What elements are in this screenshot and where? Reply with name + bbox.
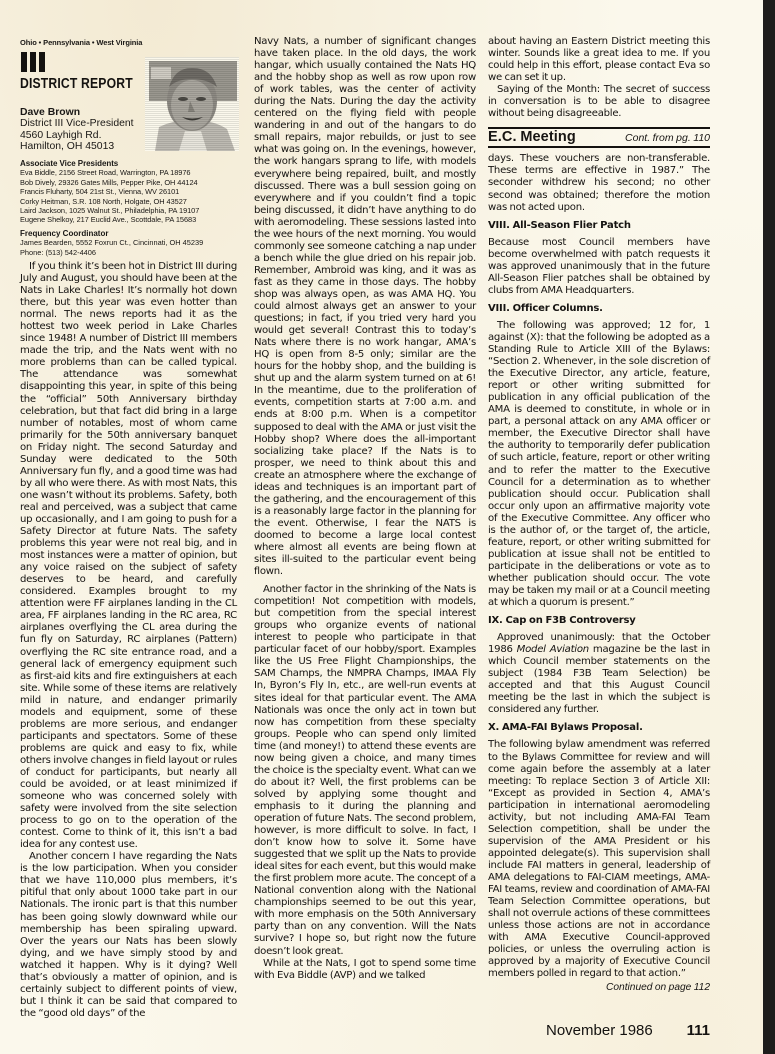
ec-intro: days. These vouchers are non-transferabl… [488, 153, 710, 213]
frequency-coordinator-phone: Phone: (513) 542-4406 [20, 248, 203, 257]
section-heading: X. AMA-FAI Bylaws Proposal. [488, 722, 710, 734]
frequency-coordinator-heading: Frequency Coordinator [20, 229, 203, 238]
magazine-title: Model Aviation [517, 644, 589, 655]
vice-president-contact: Dave Brown District III Vice-President 4… [20, 107, 134, 153]
article-paragraph-continued: about having an Eastern District meeting… [488, 36, 710, 84]
section-heading: VIII. All-Season Flier Patch [488, 220, 710, 232]
article-paragraph-continued: Navy Nats, a number of significant chang… [254, 36, 476, 578]
associate-vps-heading: Associate Vice Presidents [20, 159, 199, 168]
vp-address-line1: 4560 Layhigh Rd. [20, 130, 134, 141]
vp-portrait-photo [145, 57, 239, 151]
article-paragraph: Another concern I have regarding the Nat… [20, 851, 237, 1020]
section-body: Approved unanimously: that the October 1… [488, 632, 710, 716]
section-heading: VIII. Officer Columns. [488, 303, 710, 315]
section-body: Because most Council members have become… [488, 237, 710, 297]
column-1: If you think it’s been hot in District I… [20, 261, 237, 1020]
district-report-title: DISTRICT REPORT [20, 76, 133, 92]
page-number: 111 [687, 1022, 710, 1039]
portrait-image [145, 57, 239, 151]
vp-name: Dave Brown [20, 107, 134, 118]
vp-role: District III Vice-President [20, 118, 134, 129]
associate-vps: Associate Vice Presidents Eva Biddle, 21… [20, 159, 199, 225]
ec-meeting-title: E.C. Meeting [488, 131, 576, 143]
vp-address-line2: Hamilton, OH 45013 [20, 141, 134, 152]
magazine-page: Ohio • Pennsylvania • West Virginia DIST… [0, 0, 763, 1054]
associate-vp-entry: Corky Heitman, S.R. 108 North, Holgate, … [20, 197, 199, 206]
page-footer: November 1986 111 [546, 1022, 710, 1039]
section-body: The following was approved; 12 for, 1 ag… [488, 320, 710, 609]
region-tag: Ohio • Pennsylvania • West Virginia [20, 38, 142, 47]
associate-vp-entry: Eugene Shelkoy, 217 Euclid Ave., Scottda… [20, 215, 199, 224]
saying-of-the-month: Saying of the Month: The secret of succe… [488, 84, 710, 120]
ec-meeting-header: E.C. Meeting Cont. from pg. 110 [488, 127, 710, 148]
associate-vp-entry: Laird Jackson, 1025 Walnut St., Philadel… [20, 206, 199, 215]
column-2: Navy Nats, a number of significant chang… [254, 36, 476, 982]
numeral-bar [21, 52, 27, 72]
numeral-bar [39, 52, 45, 72]
article-paragraph: Another factor in the shrinking of the N… [254, 584, 476, 957]
column-3: about having an Eastern District meeting… [488, 36, 710, 994]
article-paragraph: If you think it’s been hot in District I… [20, 261, 237, 851]
district-numeral [21, 52, 45, 72]
numeral-bar [30, 52, 36, 72]
continued-on-link[interactable]: Continued on page 112 [488, 982, 710, 994]
associate-vp-entry: Bob Dively, 29326 Gates Mills, Pepper Pi… [20, 178, 199, 187]
associate-vp-entry: Francis Fluharty, 504 21st St., Vienna, … [20, 187, 199, 196]
article-paragraph: While at the Nats, I got to spend some t… [254, 958, 476, 982]
associate-vp-entry: Eva Biddle, 2156 Street Road, Warrington… [20, 168, 199, 177]
continued-from-link[interactable]: Cont. from pg. 110 [625, 132, 710, 144]
issue-date: November 1986 [546, 1022, 653, 1039]
section-body: The following bylaw amendment was referr… [488, 739, 710, 980]
page-edge-shadow [763, 0, 775, 1054]
frequency-coordinator-address: James Bearden, 5552 Foxrun Ct., Cincinna… [20, 238, 203, 247]
section-heading: IX. Cap on F3B Controversy [488, 615, 710, 627]
frequency-coordinator: Frequency Coordinator James Bearden, 555… [20, 229, 203, 257]
